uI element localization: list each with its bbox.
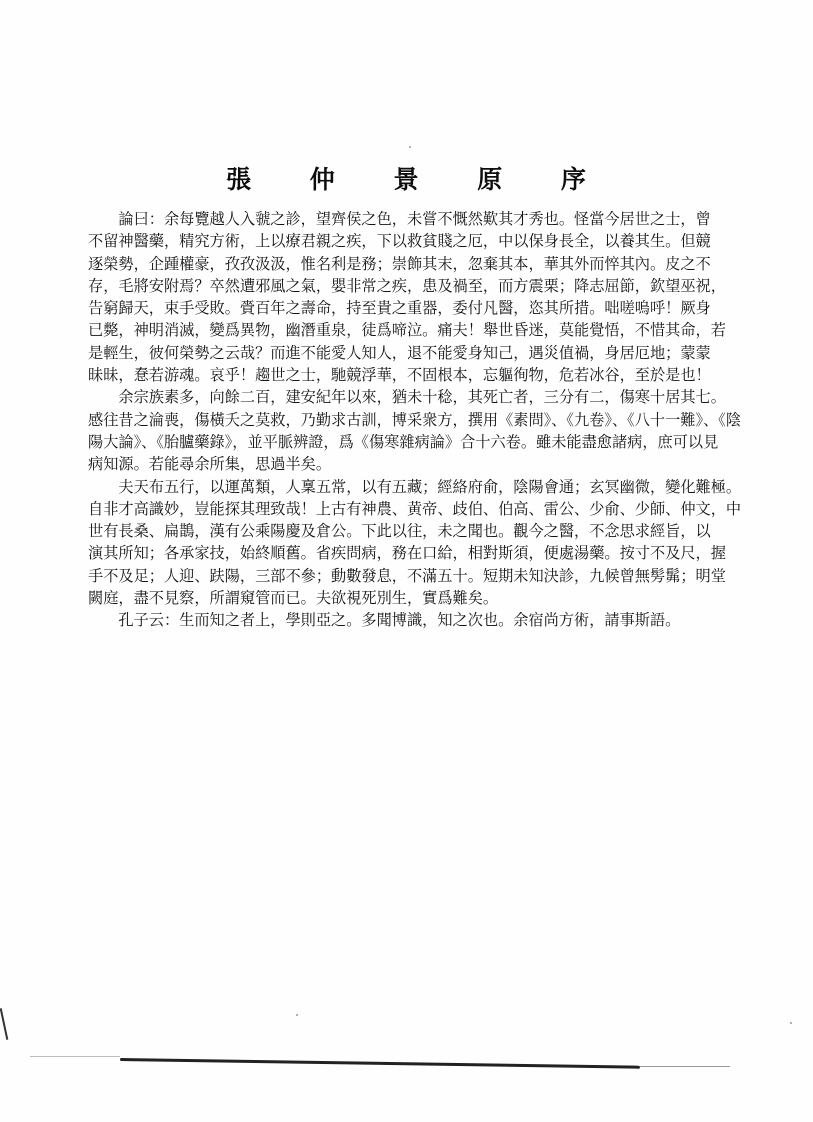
paragraph-1: 論曰：余每覽越人入虢之診，望齊侯之色，未嘗不慨然歎其才秀也。怪當今居世之士，曾 … <box>88 208 756 386</box>
text-line: 昧昧，惷若游魂。哀乎！趨世之士，馳競浮華，不固根本，忘軀徇物，危若冰谷，至於是也… <box>58 364 756 386</box>
scan-speck <box>409 146 411 148</box>
text-line: 余宗族素多，向餘二百，建安紀年以來，猶未十稔，其死亡者，三分有二，傷寒十居其七。 <box>88 386 756 408</box>
scanned-page: 張 仲 景 原 序 論曰：余每覽越人入虢之診，望齊侯之色，未嘗不慨然歎其才秀也。… <box>0 0 813 1122</box>
text-line: 病知源。若能尋余所集，思過半矣。 <box>58 453 756 475</box>
text-line: 已斃，神明消滅，變爲異物，幽潛重泉，徒爲啼泣。痛夫！舉世昏迷，莫能覺悟，不惜其命… <box>58 319 756 341</box>
text-line: 是輕生，彼何榮勢之云哉？而進不能愛人知人，退不能愛身知己，遇災值禍，身居厄地；蒙… <box>58 342 756 364</box>
scan-edge-mark <box>0 1008 8 1040</box>
text-line: 存，毛將安附焉？卒然遭邪風之氣，嬰非常之疾，患及禍至，而方震栗；降志屈節，欽望巫… <box>58 275 756 297</box>
text-line: 告窮歸天，束手受敗。賫百年之壽命，持至貴之重器，委付凡醫，恣其所措。咄嗟嗚呼！厥… <box>58 297 756 319</box>
text-line: 夫天布五行，以運萬類，人稟五常，以有五藏；經絡府俞，陰陽會通；玄冥幽微，變化難極… <box>88 476 756 498</box>
preface-body: 論曰：余每覽越人入虢之診，望齊侯之色，未嘗不慨然歎其才秀也。怪當今居世之士，曾 … <box>88 208 756 632</box>
text-line: 手不及足；人迎、趺陽，三部不參；動數發息，不滿五十。短期未知決診，九候曾無髣髴；… <box>58 565 756 587</box>
text-line: 闕庭，盡不見察，所謂窺管而已。夫欲視死別生，實爲難矣。 <box>58 587 756 609</box>
text-line: 演其所知；各承家技，始終順舊。省疾問病，務在口給，相對斯須，便處湯藥。按寸不及尺… <box>58 542 756 564</box>
scan-artifact-line <box>640 1066 730 1067</box>
scan-artifact-line <box>120 1058 640 1069</box>
text-line: 感往昔之淪喪，傷橫夭之莫救，乃勤求古訓，博采衆方，撰用《素問》、《九卷》、《八十… <box>58 409 756 431</box>
text-line: 陽大論》、《胎臚藥錄》，並平脈辨證，爲《傷寒雜病論》合十六卷。雖未能盡愈諸病，庶… <box>58 431 756 453</box>
paragraph-4: 孔子云：生而知之者上，學則亞之。多聞博識，知之次也。余宿尚方術，請事斯語。 <box>88 609 756 631</box>
page-title: 張 仲 景 原 序 <box>0 160 813 196</box>
scan-speck <box>296 1014 298 1016</box>
text-line: 自非才高識妙，豈能探其理致哉！上古有神農、黄帝、歧伯、伯高、雷公、少俞、少師、仲… <box>58 498 756 520</box>
text-line: 孔子云：生而知之者上，學則亞之。多聞博識，知之次也。余宿尚方術，請事斯語。 <box>88 609 756 631</box>
paragraph-2: 余宗族素多，向餘二百，建安紀年以來，猶未十稔，其死亡者，三分有二，傷寒十居其七。… <box>88 386 756 475</box>
text-line: 不留神醫藥，精究方術，上以療君親之疾，下以救貧賤之厄，中以保身長全，以養其生。但… <box>58 230 756 252</box>
text-line: 逐榮勢，企踵權豪，孜孜汲汲，惟名利是務；崇飾其末，忽棄其本，華其外而悴其內。皮之… <box>58 253 756 275</box>
text-line: 論曰：余每覽越人入虢之診，望齊侯之色，未嘗不慨然歎其才秀也。怪當今居世之士，曾 <box>88 208 756 230</box>
paragraph-3: 夫天布五行，以運萬類，人稟五常，以有五藏；經絡府俞，陰陽會通；玄冥幽微，變化難極… <box>88 476 756 610</box>
scan-artifact-line <box>30 1056 120 1057</box>
text-line: 世有長桑、扁鵲，漢有公乘陽慶及倉公。下此以往，未之聞也。觀今之醫，不念思求經旨，… <box>58 520 756 542</box>
scan-speck <box>790 1022 792 1024</box>
